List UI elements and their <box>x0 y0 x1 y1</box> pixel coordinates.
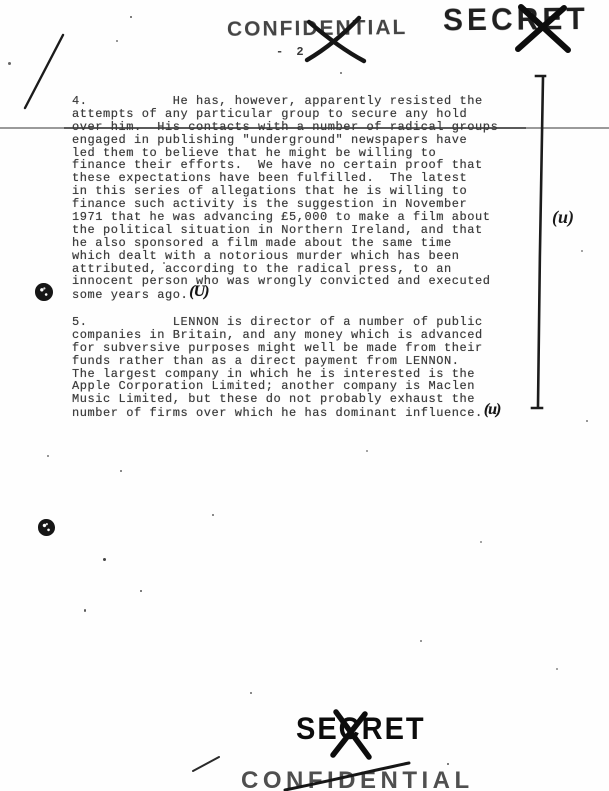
classification-u-mark: (u) <box>484 401 501 418</box>
text-line: funds rather than as a direct payment fr… <box>72 355 499 368</box>
scan-speck <box>130 16 132 18</box>
margin-note-u: (u) <box>552 207 574 228</box>
page-number: - 2 - <box>276 45 327 59</box>
scan-speck <box>420 640 422 642</box>
paragraph-4: 4. He has, however, apparently resisted … <box>72 95 498 301</box>
scan-speck <box>556 668 558 670</box>
paragraph-5: 5. LENNON is director of a number of pub… <box>72 316 499 419</box>
scan-speck <box>8 62 11 65</box>
punch-hole-dot <box>38 519 55 536</box>
scan-speck <box>140 590 142 592</box>
scan-speck <box>480 541 482 543</box>
text-line-fragment: some years ago. <box>72 288 188 302</box>
text-line: for subversive purposes might well be ma… <box>72 342 499 355</box>
secret-stamp-top: SECRET <box>443 1 589 38</box>
text-line: companies in Britain, and any money whic… <box>72 329 499 342</box>
scan-speck <box>581 250 583 252</box>
diagonal-slash-mark <box>25 35 63 108</box>
confidential-stamp-bottom: CONFIDENTIAL <box>241 767 474 791</box>
scan-speck <box>163 262 165 264</box>
secret-stamp-bottom: SECRET <box>296 711 426 747</box>
text-line: attempts of any particular group to secu… <box>72 108 498 121</box>
small-slash-mark <box>193 757 219 771</box>
margin-bracket <box>532 76 545 408</box>
text-line: 1971 that he was advancing £5,000 to mak… <box>72 211 498 224</box>
text-line: innocent person who was wrongly convicte… <box>72 275 498 288</box>
scan-speck <box>103 558 106 561</box>
scan-speck <box>47 455 49 457</box>
text-line: 4. He has, however, apparently resisted … <box>72 95 498 108</box>
scan-speck <box>120 470 122 472</box>
text-line: he also sponsored a film made about the … <box>72 237 498 250</box>
scanned-document-page: CONFIDENTIAL SECRET - 2 - 4. He has, how… <box>0 0 609 791</box>
scan-speck <box>212 514 214 516</box>
text-line: some years ago.(U) <box>72 288 498 301</box>
text-line: number of firms over which he has domina… <box>72 406 499 419</box>
scan-speck <box>95 205 97 207</box>
scan-speck <box>250 692 252 694</box>
scan-speck <box>447 763 449 765</box>
text-line: 5. LENNON is director of a number of pub… <box>72 316 499 329</box>
scan-speck <box>340 72 342 74</box>
scan-speck <box>366 450 368 452</box>
text-line: the political situation in Northern Irel… <box>72 224 498 237</box>
text-line: engaged in publishing "underground" news… <box>72 134 498 147</box>
confidential-stamp-top: CONFIDENTIAL <box>227 16 408 42</box>
classification-u-mark: (U) <box>189 283 208 300</box>
text-line: which dealt with a notorious murder whic… <box>72 250 498 263</box>
scan-speck <box>586 420 588 422</box>
text-line: over him. His contacts with a number of … <box>72 121 498 134</box>
scan-speck <box>116 40 118 42</box>
text-line-fragment: number of firms over which he has domina… <box>72 406 483 420</box>
punch-hole-dot <box>35 283 53 301</box>
text-line: Music Limited, but these do not probably… <box>72 393 499 406</box>
scan-speck <box>84 609 86 612</box>
